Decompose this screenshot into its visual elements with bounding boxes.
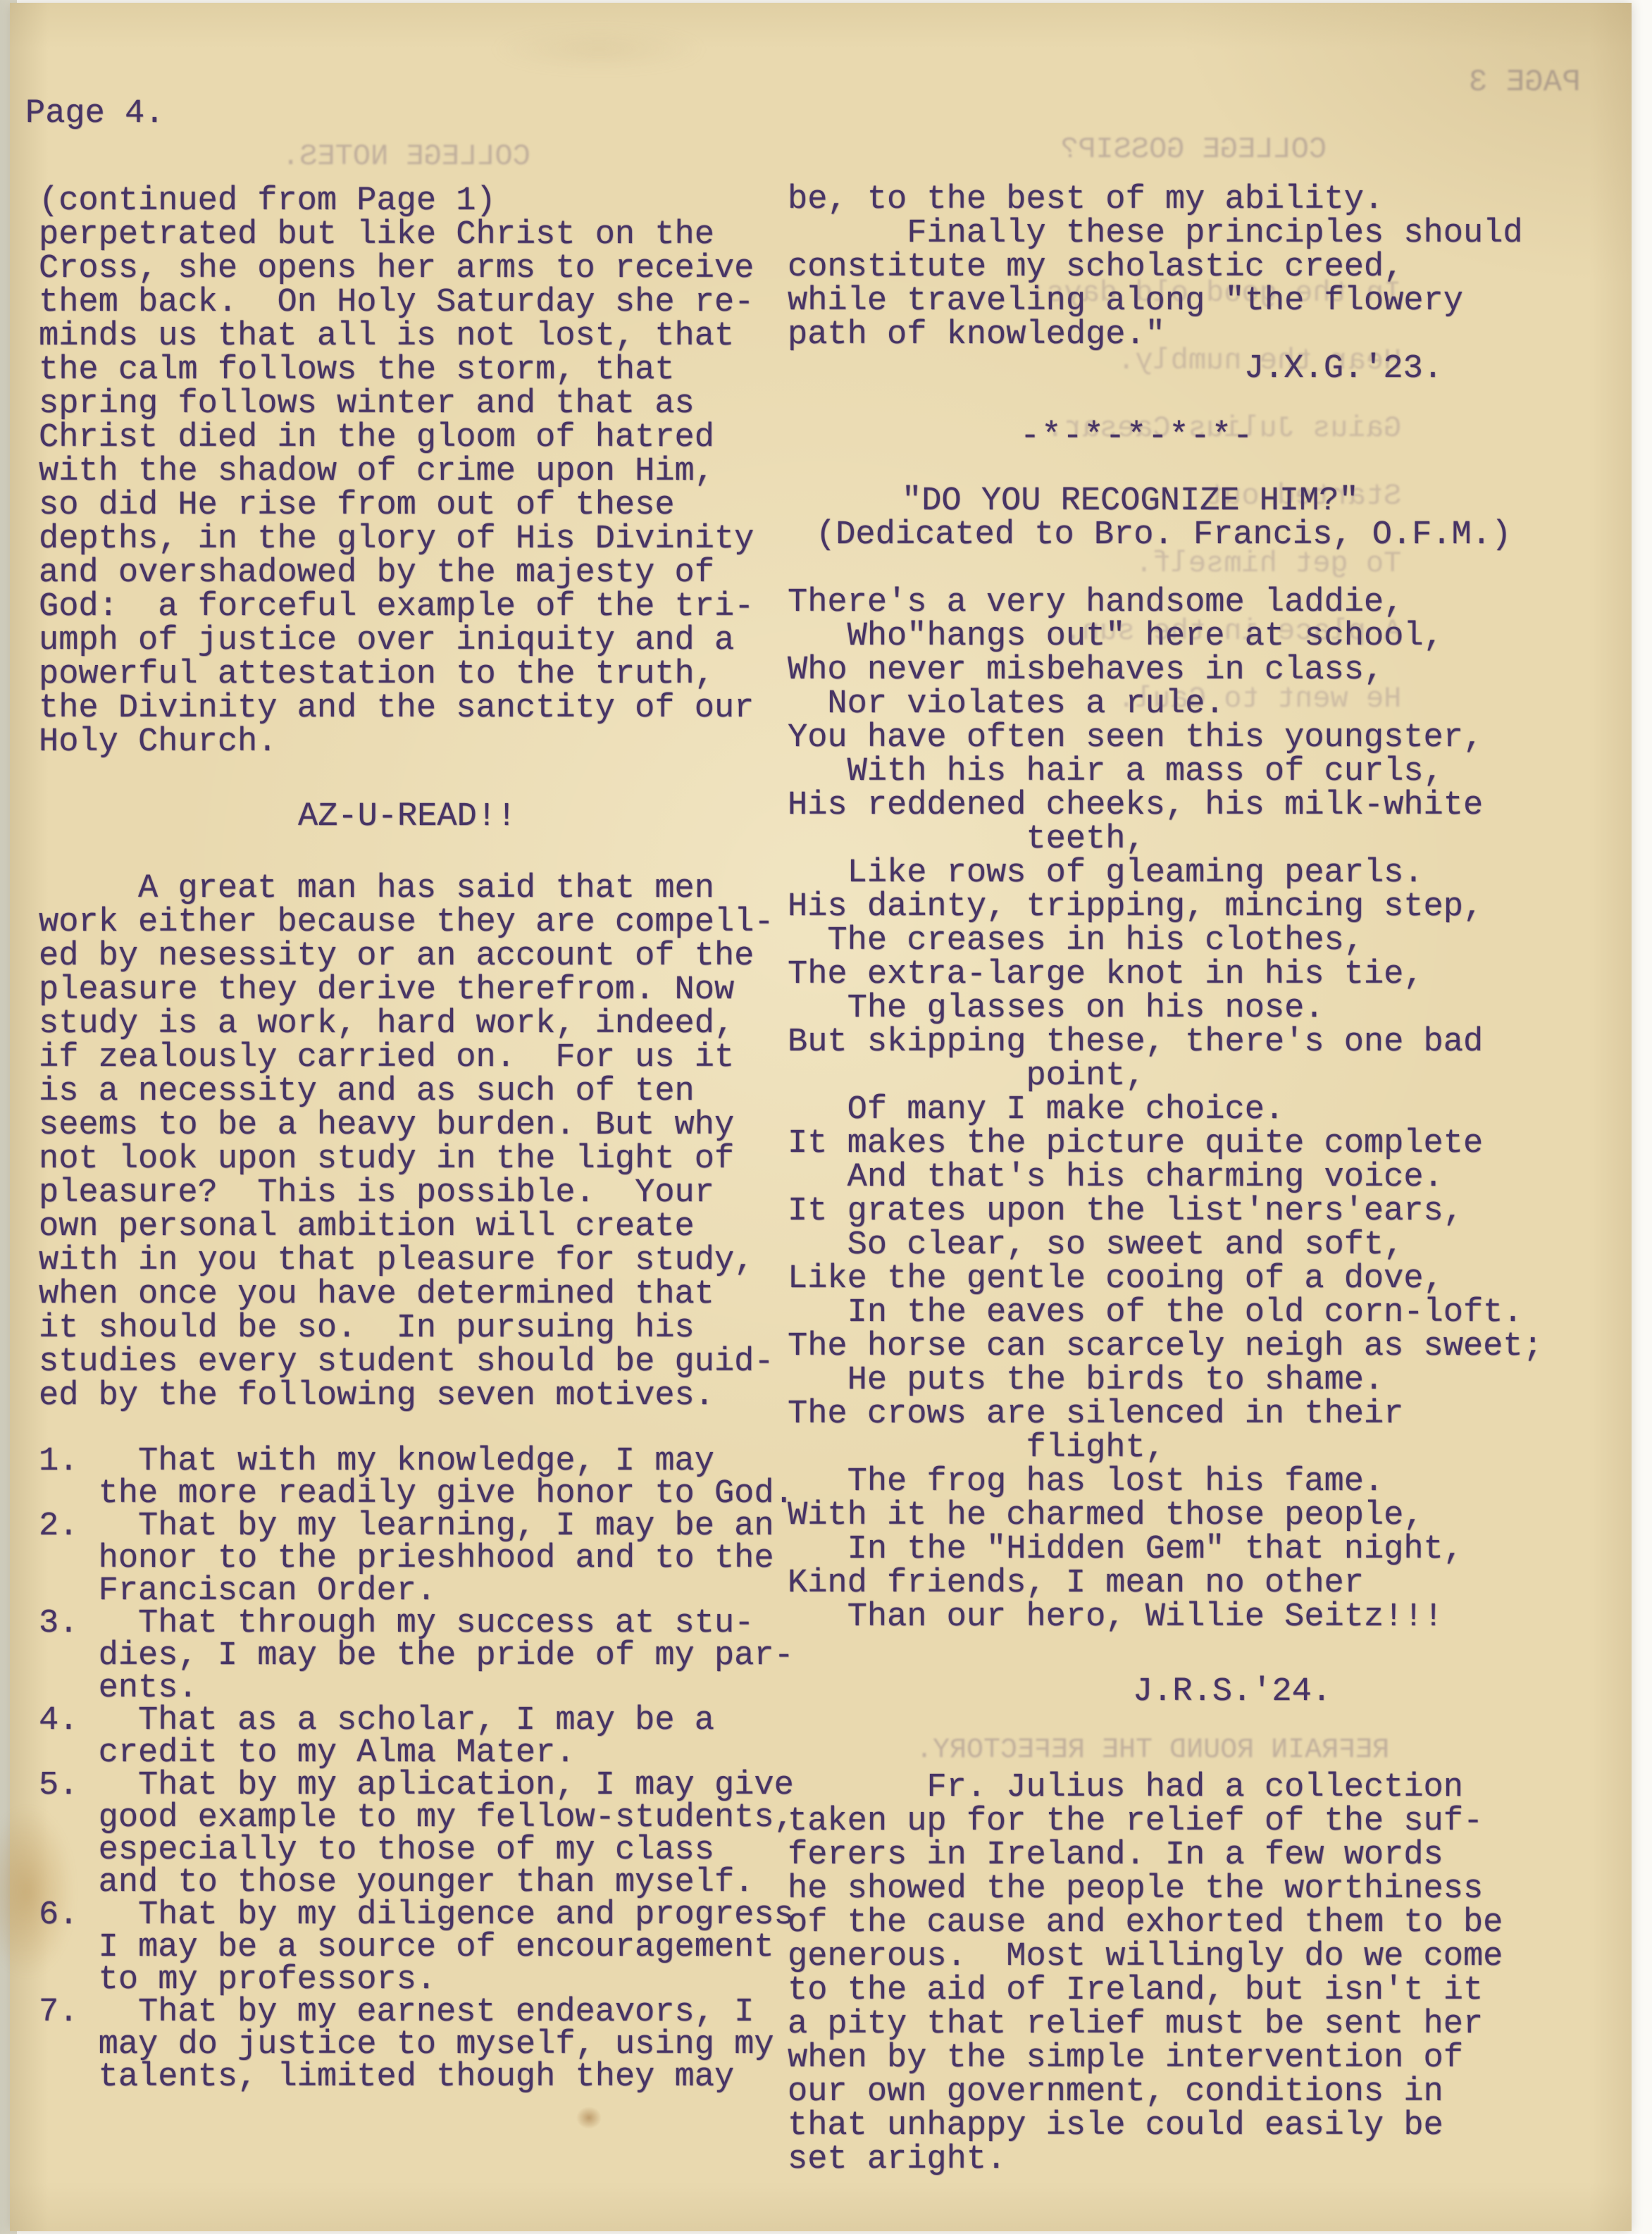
motive-item: 5. That by my aplication, I may give goo… (39, 1770, 835, 1899)
bleedthrough-college-gossip: COLLEGE GOSSIP? (1060, 132, 1327, 166)
poem-dedication: (Dedicated to Bro. Francis, O.F.M.) (788, 519, 1648, 552)
continued-note: (continued from Page 1) (39, 185, 835, 218)
creed-conclusion-text: be, to the best of my ability. Finally t… (788, 183, 1648, 352)
collection-note-text: Fr. Julius had a collection taken up for… (788, 1771, 1648, 2177)
motive-item: 3. That through my success at stu- dies,… (39, 1608, 835, 1705)
paper-stain-top (493, 28, 704, 70)
paper-stain-spot (576, 2106, 602, 2129)
bleedthrough-college-notes: COLLEGE NOTES. (282, 139, 530, 173)
motive-item: 6. That by my diligence and progress I m… (39, 1899, 835, 1997)
essay-intro-text: A great man has said that men work eithe… (39, 872, 835, 1413)
section-divider: -*-*-*-*-*- (788, 420, 1648, 454)
section-heading-az-u-read: AZ-U-READ!! (298, 800, 835, 834)
motive-item: 2. That by my learning, I may be an hono… (39, 1510, 835, 1608)
article-continuation-text: perpetrated but like Christ on the Cross… (39, 218, 835, 759)
motive-item: 7. That by my earnest endeavors, I may d… (39, 1997, 835, 2094)
poem-body: There's a very handsome laddie, Who"hang… (788, 586, 1648, 1634)
left-column: (continued from Page 1) perpetrated but … (39, 185, 835, 2094)
poem-signature: J.R.S.'24. (788, 1675, 1648, 1709)
poem-title: "DO YOU RECOGNIZE HIM?" (788, 485, 1648, 519)
bleedthrough-page-number: PAGE 3 (1469, 65, 1580, 100)
motive-item: 1. That with my knowledge, I may the mor… (39, 1446, 835, 1510)
bleedthrough-refectory-heading: REFRAIN ROUND THE REFECTORY. (916, 1735, 1389, 1766)
scanned-newsletter-page: PAGE 3 COLLEGE NOTES. COLLEGE GOSSIP? In… (0, 0, 1652, 2234)
motive-item: 4. That as a scholar, I may be a credit … (39, 1705, 835, 1770)
page-number-label: Page 4. (25, 97, 164, 131)
motives-list: 1. That with my knowledge, I may the mor… (39, 1446, 835, 2094)
creed-signature: J.X.G.'23. (788, 352, 1648, 386)
right-column: be, to the best of my ability. Finally t… (788, 183, 1648, 2177)
